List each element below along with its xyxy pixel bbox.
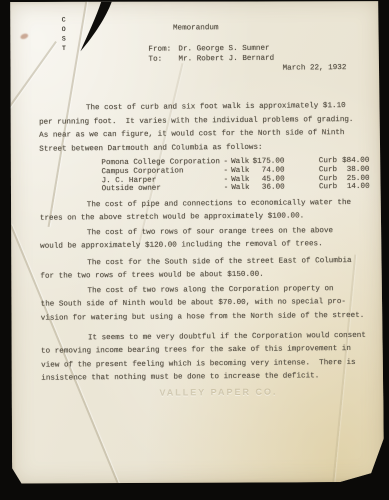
curb-label-amount: Curb: [291, 184, 338, 193]
walk-label: Walk: [231, 184, 252, 193]
curb-amount: 38.00: [337, 166, 369, 175]
memo-title: Memorandum: [138, 23, 253, 34]
cost-table-row: Outside owner - Walk 36.00 Curb 14.00: [102, 183, 370, 194]
curb-label: Curb: [319, 166, 337, 174]
memo-line: As near as we can figure, it would cost …: [39, 127, 369, 143]
walk-amount: 74.00: [252, 166, 284, 175]
walk-label: Walk: [231, 158, 252, 167]
memo-paragraph: It seems to me very doubtful if the Corp…: [41, 330, 371, 387]
owner-name: Outside owner: [102, 185, 224, 195]
memo-line: vision for watering but using a hose fro…: [41, 310, 371, 326]
corner-ink-mark: [78, 0, 113, 58]
to-value: Mr. Robert J. Bernard: [178, 54, 274, 65]
memo-from-to-block: From: Dr. George S. Sumner To: Mr. Rober…: [148, 44, 274, 65]
curb-label: Curb: [319, 175, 337, 183]
cost-table: Pomona College Corporation - Walk $175.0…: [101, 157, 369, 195]
dash-separator: -: [224, 176, 232, 185]
walk-label: Walk: [231, 167, 252, 176]
to-label: To:: [148, 55, 178, 65]
memo-paragraph: The cost for the South side of the stree…: [40, 255, 370, 285]
memo-paragraph: The cost of pipe and connections to econ…: [40, 197, 370, 227]
memo-date: March 22, 1932: [283, 63, 347, 74]
memo-to-line: To: Mr. Robert J. Bernard: [148, 54, 274, 65]
memo-paragraph: The cost of curb and six foot walk is ap…: [39, 100, 369, 157]
memo-line: trees on the above stretch would be appr…: [40, 210, 370, 226]
curb-label-amount: Curb: [290, 157, 337, 166]
curb-amount: 14.00: [337, 183, 369, 192]
walk-amount: $175.00: [252, 158, 284, 167]
paper-watermark: VALLEY PAPER CO.: [159, 386, 371, 398]
curb-label-amount: Curb: [291, 166, 338, 175]
memo-line: would be approximately $120.00 including…: [40, 238, 370, 254]
rust-speck: [20, 33, 29, 40]
scanned-memo-photo: { "scene": { "background_color": "#0b0a0…: [0, 0, 389, 500]
dash-separator: -: [223, 158, 231, 167]
memo-line: Street between Dartmouth and Columbia as…: [39, 140, 369, 156]
memo-body: The cost of curb and six foot walk is ap…: [39, 100, 372, 399]
walk-amount: 36.00: [252, 184, 284, 193]
from-label: From:: [148, 45, 178, 55]
curb-label: Curb: [319, 157, 337, 165]
memo-paragraph: The cost of two rows along the Corporati…: [40, 283, 370, 326]
curb-amount: $84.00: [337, 157, 369, 166]
memo-page: COST Memorandum From: Dr. George S. Sumn…: [8, 0, 384, 485]
dash-separator: -: [224, 184, 232, 193]
memo-line: for the two rows of trees would be about…: [40, 268, 370, 284]
memo-paragraph: The cost of two rows of sour orange tree…: [40, 225, 370, 255]
curb-label: Curb: [319, 184, 337, 192]
dash-separator: -: [223, 167, 231, 176]
memo-line: insistence that nothing must be done to …: [41, 370, 371, 386]
corner-cost-annotation: COST: [60, 16, 67, 54]
